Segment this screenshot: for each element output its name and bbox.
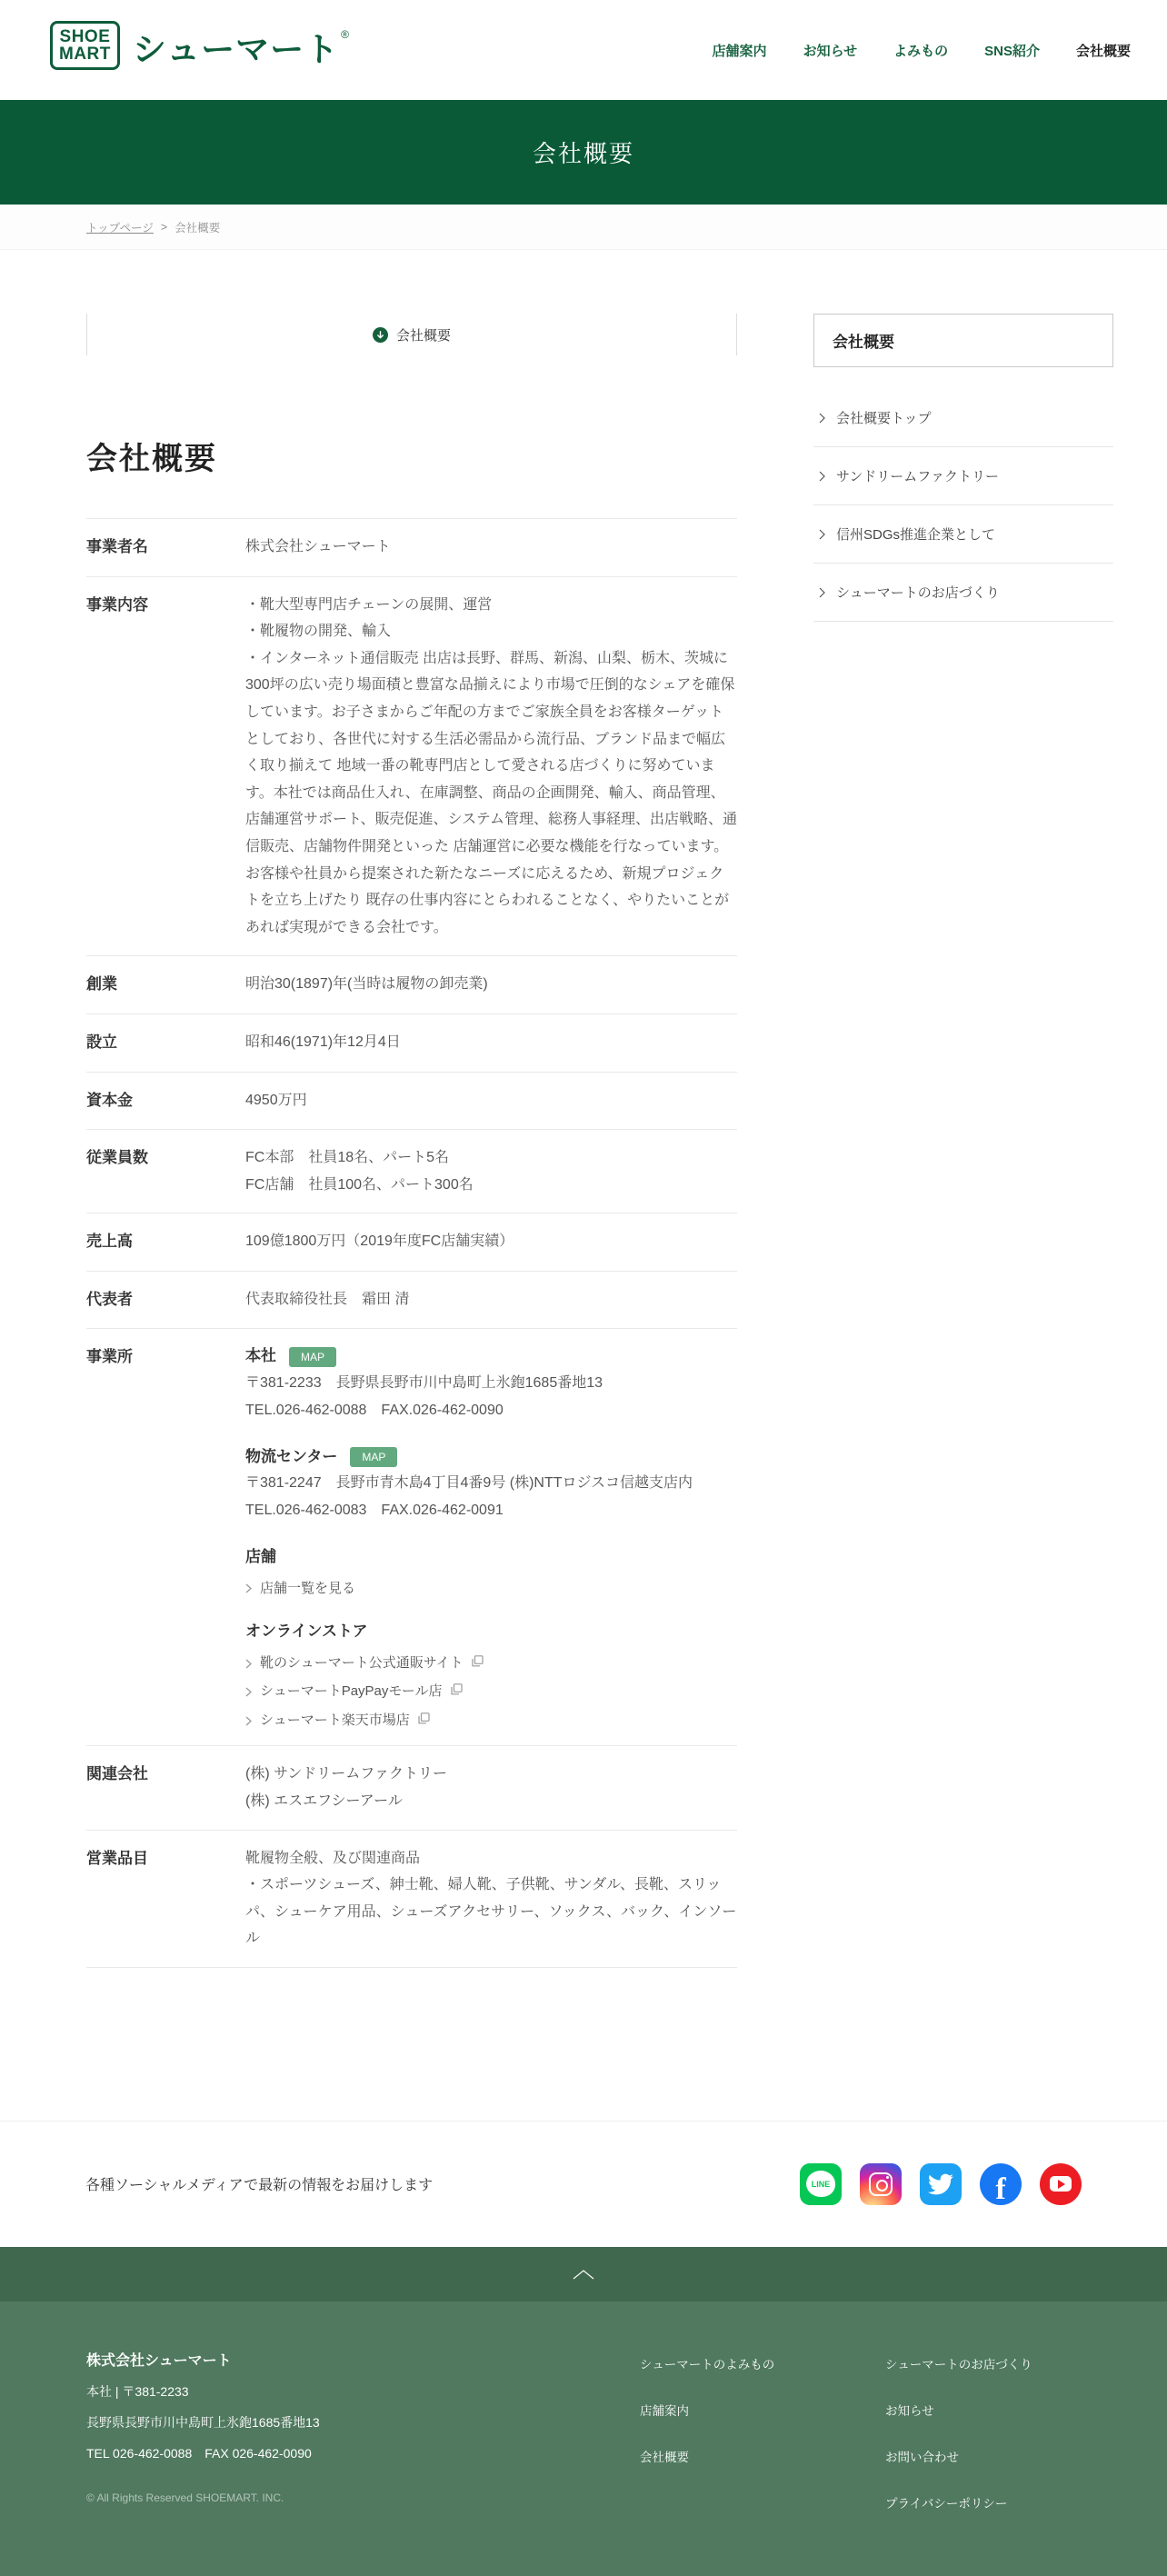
footer-links-column-2: シューマートのお店づくり お知らせ お問い合わせ プライバシーポリシー: [885, 2349, 1112, 2540]
store-list-link[interactable]: 店舗一覧を見る: [245, 1579, 737, 1600]
youtube-icon[interactable]: [1040, 2163, 1082, 2205]
office-tel: TEL.026-462-0088 FAX.026-462-0090: [245, 1397, 737, 1424]
office-head-office: 本社 MAP: [245, 1343, 737, 1370]
table-row-business-content: 事業内容 ・靴大型専門店チェーンの展開、運営 ・靴履物の開発、輸入 ・インターネ…: [86, 576, 737, 956]
chevron-right-icon: [245, 1687, 252, 1697]
sidebar-title: 会社概要: [813, 314, 1113, 367]
sidebar-item-label: サンドリームファクトリー: [836, 466, 999, 485]
map-badge[interactable]: MAP: [350, 1447, 397, 1468]
sidebar-item-label: 会社概要トップ: [836, 408, 932, 427]
stores-heading: 店舗: [245, 1544, 737, 1571]
social-text: 各種ソーシャルメディアで最新の情報をお届けします: [85, 2173, 433, 2194]
page-hero: 会社概要: [0, 100, 1167, 205]
breadcrumb-separator: >: [161, 221, 167, 234]
row-value-line: 4950万円: [245, 1087, 737, 1114]
footer-link-news[interactable]: お知らせ: [885, 2401, 1112, 2419]
logo-box-line1: SHOE: [60, 28, 111, 45]
row-value-line: 109億1800万円（2019年度FC店舗実績）: [245, 1228, 737, 1255]
row-value-line: FC本部 社員18名、パート5名: [245, 1144, 737, 1172]
content-area: 会社概要 会社概要 事業者名 株式会社シューマート 事業内容 ・靴大型専門店チェ…: [0, 314, 1167, 1968]
online-store-link-official[interactable]: 靴のシューマート公式通販サイト: [245, 1653, 737, 1674]
row-label: 代表者: [86, 1286, 245, 1314]
online-store-link-label: 靴のシューマート公式通販サイト: [260, 1653, 464, 1674]
facebook-f-glyph: f: [995, 2172, 1005, 2205]
youtube-play-glyph: [1050, 2176, 1072, 2192]
table-row-offices: 事業所 本社 MAP 〒381-2233 長野県長野市川中島町上氷鉋1685番地…: [86, 1328, 737, 1745]
table-row-established: 設立 昭和46(1971)年12月4日: [86, 1013, 737, 1072]
online-store-heading: オンラインストア: [245, 1619, 737, 1645]
registered-mark: ®: [341, 21, 349, 48]
row-label: 関連会社: [86, 1761, 245, 1814]
anchor-tab-company-overview[interactable]: 会社概要: [373, 325, 451, 344]
footer-tel-line: TEL 026-462-0088 FAX 026-462-0090: [86, 2444, 640, 2462]
footer-company-name: 株式会社シューマート: [86, 2349, 640, 2370]
row-value: 4950万円: [245, 1087, 737, 1115]
footer-links-column-1: シューマートのよみもの 店舗案内 会社概要: [640, 2349, 885, 2540]
logo-wordmark: シューマート: [133, 21, 339, 79]
footer-link-store-making[interactable]: シューマートのお店づくり: [885, 2354, 1112, 2372]
row-value-line: (株) エスエフシーアール: [245, 1788, 737, 1815]
external-link-icon: [418, 1711, 430, 1732]
external-link-icon: [472, 1653, 484, 1674]
office-logistics-center: 物流センター MAP: [245, 1444, 737, 1471]
sidebar-item-company-top: 会社概要トップ: [813, 389, 1113, 447]
row-label: 設立: [86, 1029, 245, 1057]
row-value-line: ・靴履物の開発、輸入: [245, 618, 737, 645]
row-value: 代表取締役社長 霜田 清: [245, 1286, 737, 1314]
facebook-icon[interactable]: f: [980, 2163, 1022, 2205]
row-value: FC本部 社員18名、パート5名 FC店舗 社員100名、パート300名: [245, 1144, 737, 1198]
page-title: 会社概要: [86, 434, 737, 478]
office-name: 物流センター: [245, 1444, 337, 1471]
row-label: 売上高: [86, 1228, 245, 1256]
online-store-link-label: シューマートPayPayモール店: [260, 1682, 443, 1702]
social-bar: 各種ソーシャルメディアで最新の情報をお届けします LINE f: [0, 2121, 1167, 2247]
row-value-line: ・インターネット通信販売 出店は長野、群馬、新潟、山梨、栃木、茨城に300坪の広…: [245, 645, 737, 942]
row-value: 株式会社シューマート: [245, 534, 737, 562]
site-footer: 株式会社シューマート 本社 | 〒381-2233 長野県長野市川中島町上氷鉋1…: [0, 2301, 1167, 2576]
sidebar-link-sundream-factory[interactable]: サンドリームファクトリー: [813, 447, 1113, 504]
nav-company-overview[interactable]: 会社概要: [1076, 41, 1131, 60]
sidebar-item-label: シューマートのお店づくり: [836, 583, 1000, 602]
store-list-link-label: 店舗一覧を見る: [260, 1579, 355, 1600]
sidebar-item-sundream-factory: サンドリームファクトリー: [813, 447, 1113, 505]
table-row-business-name: 事業者名 株式会社シューマート: [86, 518, 737, 576]
row-value: 109億1800万円（2019年度FC店舗実績）: [245, 1228, 737, 1256]
chevron-right-icon: [245, 1583, 252, 1593]
row-value-line: 昭和46(1971)年12月4日: [245, 1029, 737, 1056]
twitter-icon[interactable]: [920, 2163, 962, 2205]
sidebar-menu: 会社概要トップ サンドリームファクトリー 信州SDGs推進企業として: [813, 389, 1113, 622]
chevron-right-icon: [819, 587, 825, 598]
instagram-icon[interactable]: [860, 2163, 902, 2205]
online-store-link-paypay[interactable]: シューマートPayPayモール店: [245, 1682, 737, 1702]
row-value: 明治30(1897)年(当時は履物の卸売業): [245, 971, 737, 999]
row-label: 創業: [86, 971, 245, 999]
logo-box-line2: MART: [59, 45, 111, 63]
footer-hq-line: 本社 | 〒381-2233: [86, 2382, 640, 2401]
row-value: ・靴大型専門店チェーンの展開、運営 ・靴履物の開発、輸入 ・インターネット通信販…: [245, 592, 737, 942]
sidebar-item-label: 信州SDGs推進企業として: [836, 524, 995, 544]
office-name: 本社: [245, 1343, 276, 1370]
office-address: 〒381-2247 長野市青木島4丁目4番9号 (株)NTTロジスコ信越支店内: [245, 1470, 737, 1497]
shoemart-logo[interactable]: SHOE MART シューマート ®: [50, 21, 349, 79]
row-value-line: 株式会社シューマート: [245, 534, 737, 561]
sidebar-item-store-making: シューマートのお店づくり: [813, 564, 1113, 622]
nav-news[interactable]: お知らせ: [803, 41, 858, 60]
social-icons: LINE f: [800, 2163, 1082, 2205]
sidebar-link-shinshu-sdgs[interactable]: 信州SDGs推進企業として: [813, 505, 1113, 563]
breadcrumb-current: 会社概要: [175, 219, 220, 235]
footer-link-contact[interactable]: お問い合わせ: [885, 2447, 1112, 2465]
footer-company-block: 株式会社シューマート 本社 | 〒381-2233 長野県長野市川中島町上氷鉋1…: [86, 2349, 640, 2540]
online-store-link-rakuten[interactable]: シューマート楽天市場店: [245, 1711, 737, 1732]
shoemart-logo-icon: SHOE MART: [50, 21, 120, 70]
main-nav: 店舗案内 お知らせ よみもの SNS紹介 会社概要: [676, 41, 1131, 60]
row-value: 昭和46(1971)年12月4日: [245, 1029, 737, 1057]
row-value-line: FC店舗 社員100名、パート300名: [245, 1172, 737, 1199]
arrow-down-circle-icon: [373, 327, 388, 343]
sidebar-item-shinshu-sdgs: 信州SDGs推進企業として: [813, 505, 1113, 564]
table-row-capital: 資本金 4950万円: [86, 1072, 737, 1130]
office-tel: TEL.026-462-0083 FAX.026-462-0091: [245, 1497, 737, 1524]
nav-store-guide[interactable]: 店舗案内: [713, 41, 767, 60]
row-value-line: (株) サンドリームファクトリー: [245, 1761, 737, 1788]
row-label: 事業者名: [86, 534, 245, 562]
row-value-line: ・スポーツシューズ、紳士靴、婦人靴、子供靴、サンダル、長靴、スリッパ、シューケア…: [245, 1872, 737, 1952]
row-value-line: ・靴大型専門店チェーンの展開、運営: [245, 592, 737, 619]
table-row-employees: 従業員数 FC本部 社員18名、パート5名 FC店舗 社員100名、パート300…: [86, 1129, 737, 1213]
twitter-bird-glyph: [928, 2172, 953, 2197]
footer-link-yomimono[interactable]: シューマートのよみもの: [640, 2354, 885, 2372]
row-label: 資本金: [86, 1087, 245, 1115]
online-store-link-label: シューマート楽天市場店: [260, 1711, 410, 1732]
table-row-representative: 代表者 代表取締役社長 霜田 清: [86, 1271, 737, 1329]
table-row-products: 営業品目 靴履物全般、及び関連商品 ・スポーツシューズ、紳士靴、婦人靴、子供靴、…: [86, 1830, 737, 1967]
chevron-right-icon: [245, 1659, 252, 1669]
page: SHOE MART シューマート ® 店舗案内 お知らせ よみもの SNS紹介 …: [0, 0, 1167, 2576]
chevron-right-icon: [245, 1716, 252, 1726]
breadcrumb: トップページ > 会社概要: [0, 205, 1167, 250]
table-row-affiliates: 関連会社 (株) サンドリームファクトリー (株) エスエフシーアール: [86, 1745, 737, 1829]
chevron-up-icon: [572, 2269, 595, 2280]
footer-link-company-overview[interactable]: 会社概要: [640, 2447, 885, 2465]
map-badge[interactable]: MAP: [289, 1347, 336, 1368]
sidebar: 会社概要 会社概要トップ サンドリームファクトリー: [813, 314, 1113, 622]
row-value: 本社 MAP 〒381-2233 長野県長野市川中島町上氷鉋1685番地13 T…: [245, 1343, 737, 1731]
row-value: (株) サンドリームファクトリー (株) エスエフシーアール: [245, 1761, 737, 1814]
office-address: 〒381-2233 長野県長野市川中島町上氷鉋1685番地13: [245, 1370, 737, 1397]
anchor-tab-label: 会社概要: [396, 325, 451, 344]
external-link-icon: [451, 1682, 463, 1702]
nav-sns[interactable]: SNS紹介: [984, 41, 1040, 60]
line-bubble: LINE: [806, 2171, 835, 2197]
row-label: 事業内容: [86, 592, 245, 942]
nav-yomimono[interactable]: よみもの: [893, 41, 948, 60]
row-value-line: 代表取締役社長 霜田 清: [245, 1286, 737, 1313]
row-label: 営業品目: [86, 1845, 245, 1952]
site-header: SHOE MART シューマート ® 店舗案内 お知らせ よみもの SNS紹介 …: [0, 0, 1167, 100]
footer-link-privacy-policy[interactable]: プライバシーポリシー: [885, 2493, 1112, 2511]
main-column: 会社概要 会社概要 事業者名 株式会社シューマート 事業内容 ・靴大型専門店チェ…: [86, 314, 737, 1968]
line-label: LINE: [812, 2180, 831, 2189]
company-info-table: 事業者名 株式会社シューマート 事業内容 ・靴大型専門店チェーンの展開、運営 ・…: [86, 518, 737, 1968]
breadcrumb-home-link[interactable]: トップページ: [86, 219, 154, 235]
table-row-founded: 創業 明治30(1897)年(当時は履物の卸売業): [86, 955, 737, 1013]
footer-link-store-guide[interactable]: 店舗案内: [640, 2401, 885, 2419]
row-value: 靴履物全般、及び関連商品 ・スポーツシューズ、紳士靴、婦人靴、子供靴、サンダル、…: [245, 1845, 737, 1952]
hero-title: 会社概要: [533, 135, 634, 169]
chevron-right-icon: [819, 413, 825, 424]
anchor-tab-bar: 会社概要: [86, 314, 737, 355]
row-label: 従業員数: [86, 1144, 245, 1198]
instagram-camera-glyph: [869, 2172, 893, 2196]
chevron-right-icon: [819, 529, 825, 540]
row-value-line: 靴履物全般、及び関連商品: [245, 1845, 737, 1872]
table-row-sales: 売上高 109億1800万円（2019年度FC店舗実績）: [86, 1213, 737, 1271]
back-to-top-button[interactable]: [0, 2247, 1167, 2301]
chevron-right-icon: [819, 471, 825, 482]
footer-copyright: © All Rights Reserved SHOEMART. INC.: [86, 2491, 640, 2504]
sidebar-link-store-making[interactable]: シューマートのお店づくり: [813, 564, 1113, 621]
row-label: 事業所: [86, 1343, 245, 1731]
sidebar-link-company-top[interactable]: 会社概要トップ: [813, 389, 1113, 446]
row-value-line: 明治30(1897)年(当時は履物の卸売業): [245, 971, 737, 998]
line-icon[interactable]: LINE: [800, 2163, 842, 2205]
footer-address-line: 長野県長野市川中島町上氷鉋1685番地13: [86, 2413, 640, 2431]
